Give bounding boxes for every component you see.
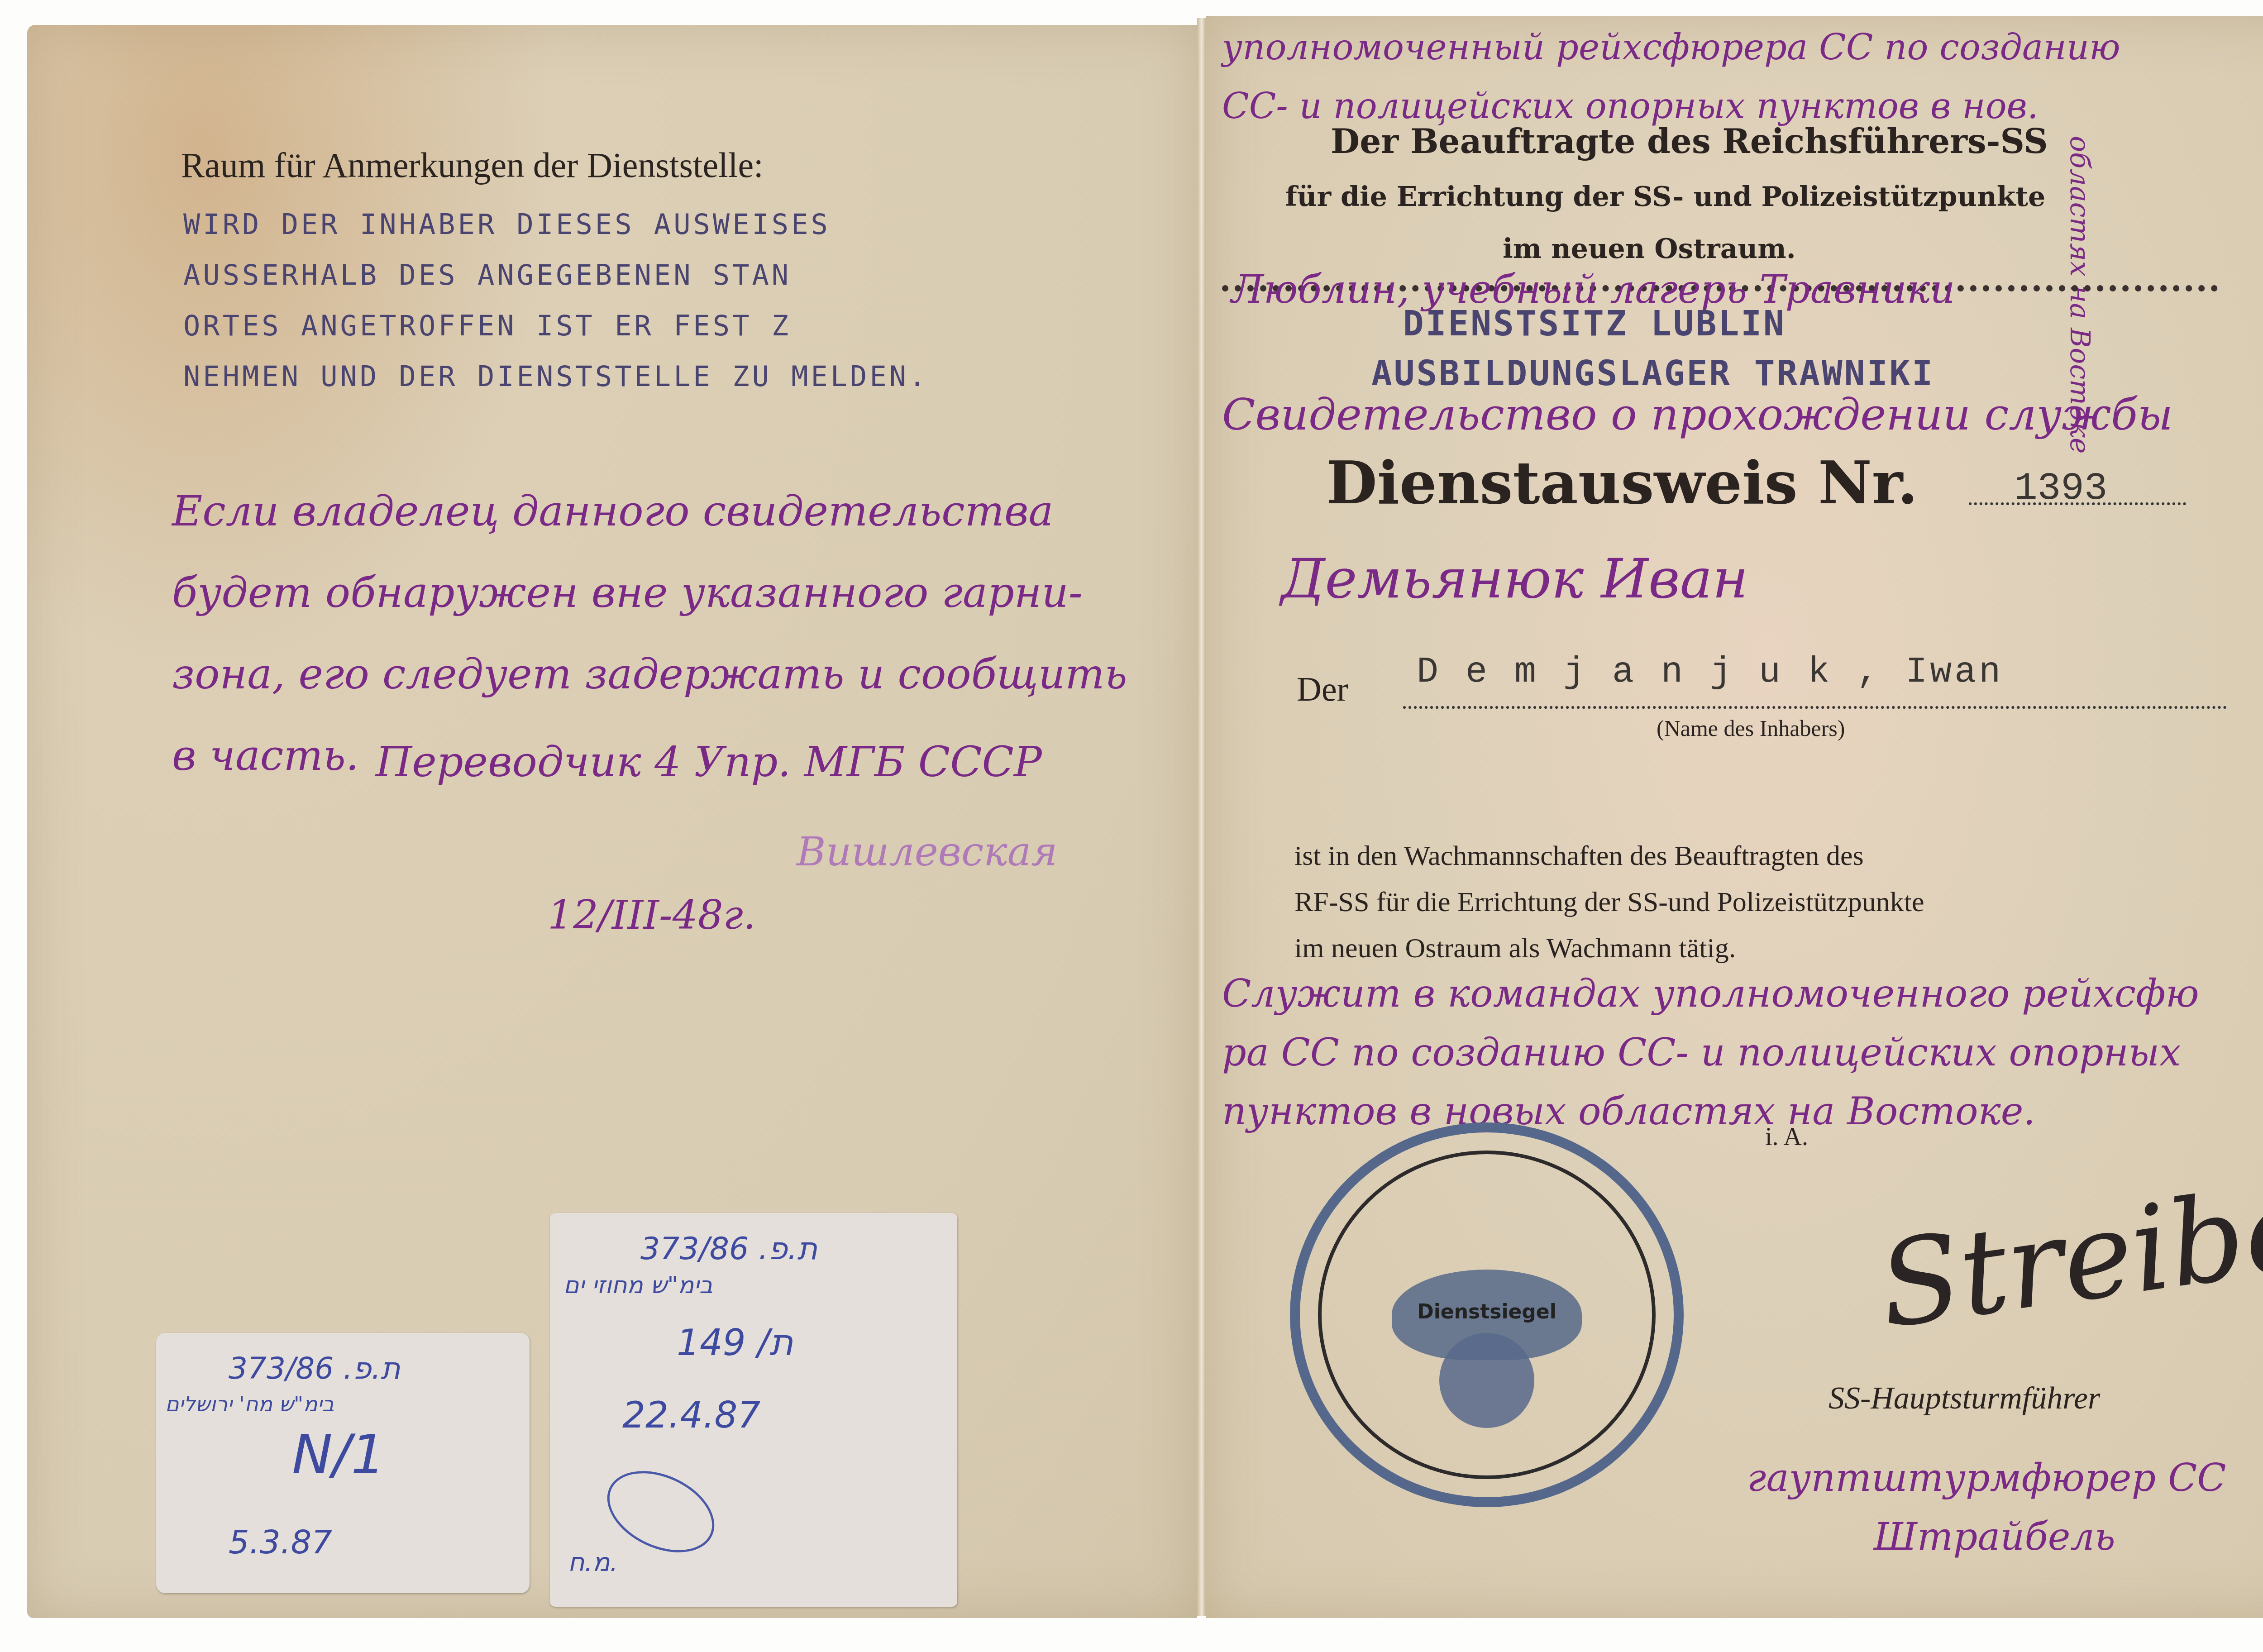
seal-label: Dienstsiegel [1300,1300,1674,1323]
statement-line: ist in den Wachmannschaften des Beauftra… [1294,833,1924,879]
translation-date: 12/III-48г. [548,892,756,938]
label-exhibit: N/1 [292,1423,386,1486]
label-date: 5.3.87 [229,1523,332,1561]
russian-holder-name: Демьянюк Иван [1281,548,1748,611]
russian-header: уполномоченный рейхсфюрера СС по создани… [1222,18,2120,136]
russian-service-statement: Служит в командах уполномоченного рейхсф… [1222,964,2199,1141]
statement-line: RF-SS für die Errichtung der SS-und Poli… [1294,879,1924,925]
russian-statement-line: ра СС по созданию СС- и полицейских опор… [1222,1023,2199,1082]
translation-line: зона, его следует задержать и сообщить [172,634,1127,715]
remarks-heading: Raum für Anmerkungen der Dienststelle: [181,145,764,186]
stamp-dienstsitz: DIENSTSITZ LUBLIN [1403,303,1786,344]
label-note: בימ"ש מח' ירושלים [165,1392,334,1416]
translator-line: Переводчик 4 Упр. МГБ СССР [376,738,1042,786]
i-a-label: i. A. [1765,1122,1808,1151]
center-fold [1197,18,1206,1616]
russian-rank-line: гауптштурмфюрер СС [1747,1448,2226,1507]
holder-name: D e m j a n j u k , Iwan [1417,652,2003,693]
doc-number-rule [1969,502,2186,505]
label-case-number: ת.פ. 373/86 [640,1231,817,1267]
stamp-line: ORTES ANGETROFFEN IST ER FEST Z [183,301,928,351]
evidence-label-1: ת.פ. 373/86 בימ"ש מח' ירושלים N/1 5.3.87 [156,1333,530,1593]
stamp-line: NEHMEN UND DER DIENSTSTELLE ZU MELDEN. [183,351,928,402]
officer-rank: SS-Hauptsturmführer [1829,1380,2100,1417]
holder-name-rule [1403,706,2227,709]
translation-line: будет обнаружен вне указанного гарни- [172,552,1127,634]
russian-statement-line: Служит в командах уполномоченного рейхсф… [1222,964,2199,1023]
stamp-line: AUSSERHALB DES ANGEGEBENEN STAN [183,250,928,301]
org-subtitle-2: im neuen Ostraum. [1503,233,1796,265]
org-subtitle: für die Errichtung der SS- und Polizeist… [1285,181,2045,213]
evidence-label-2: ת.פ. 373/86 בימ"ש מחוזי ים ת/ 149 22.4.8… [550,1213,957,1607]
seal-emblem-disc [1439,1333,1534,1428]
detention-stamp: WIRD DER INHABER DIESES AUSWEISES AUSSER… [183,199,928,402]
header-line: уполномоченный рейхсфюрера СС по создани… [1222,18,2120,77]
org-title: Der Beauftragte des Reichsführers-SS [1331,122,2048,161]
russian-doc-title: Свидетельство о прохождении службы [1222,389,2173,440]
name-caption: (Name des Inhabers) [1657,715,1845,741]
label-note: בימ"ש מחוזי ים [563,1272,713,1299]
service-statement: ist in den Wachmannschaften des Beauftra… [1294,833,1924,971]
russian-rank-name: Штрайбель [1747,1507,2226,1566]
doc-title: Dienstausweis Nr. [1326,448,1918,517]
label-exhibit: ת/ 149 [677,1322,793,1364]
label-initials: מ.ח. [568,1548,618,1577]
russian-statement-line: пунктов в новых областях на Востоке. [1222,1082,2199,1141]
translator-signature: Вишлевская [797,828,1058,875]
russian-rank: гауптштурмфюрер СС Штрайбель [1747,1448,2226,1566]
official-seal: Dienstsiegel [1290,1122,1684,1507]
name-prefix: Der [1297,670,1348,709]
label-case-number: ת.פ. 373/86 [229,1351,401,1386]
translation-line: Если владелец данного свидетельства [172,471,1127,552]
label-date: 22.4.87 [622,1394,760,1436]
stamp-line: WIRD DER INHABER DIESES AUSWEISES [183,199,928,250]
stamp-trawniki: AUSBILDUNGSLAGER TRAWNIKI [1371,353,1934,393]
